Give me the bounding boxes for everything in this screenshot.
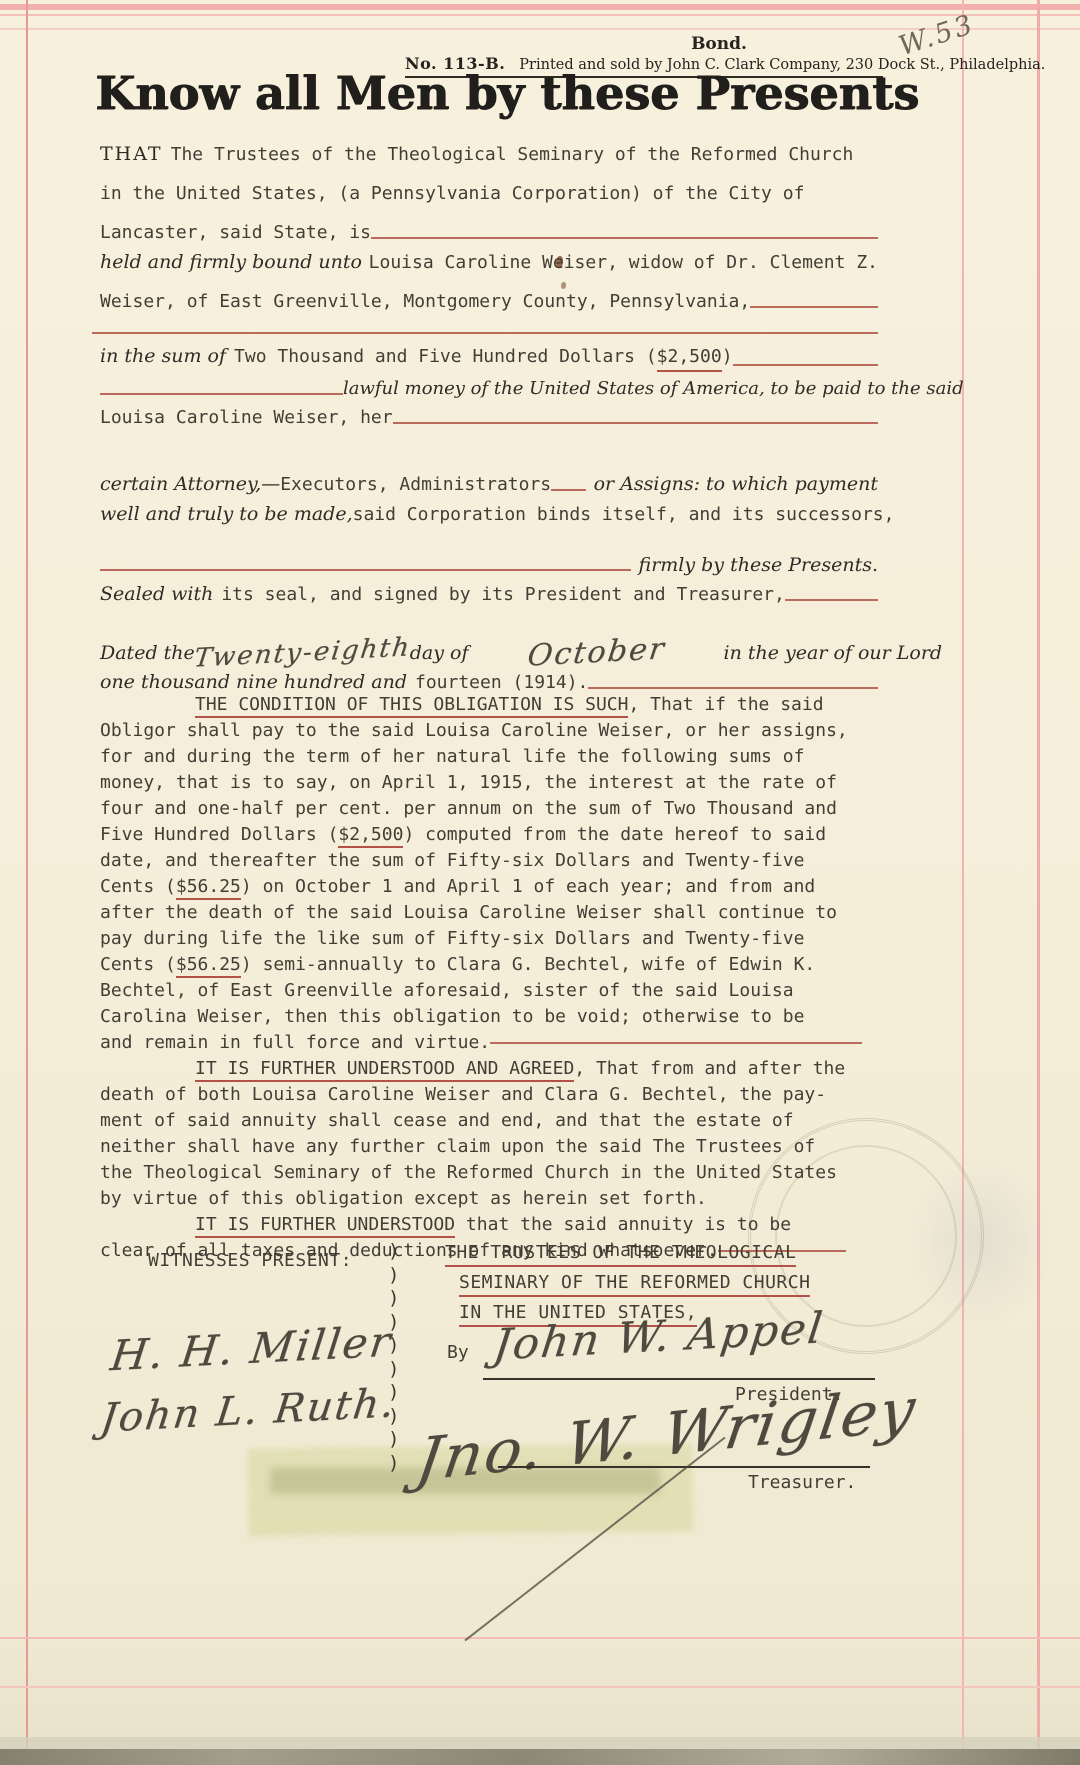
pink-ruled-band-top [0, 4, 1080, 10]
amount-underlined: $56.25 [176, 876, 241, 900]
sealed-label: Sealed with [100, 582, 213, 606]
by-label: By [447, 1342, 469, 1363]
company-line-1: THE TRUSTEES OF THE THEOLOGICAL [445, 1242, 796, 1267]
sum-label: in the sum of [100, 344, 226, 368]
dated-label: Dated the [100, 641, 195, 665]
pink-ruled-line-top2 [0, 14, 1080, 16]
witnesses-present-label: WITNESSES PRESENT: [148, 1250, 352, 1271]
witness1-signature: H. H. Miller [108, 1317, 395, 1381]
fill-rule [100, 569, 631, 571]
amount-underlined: $2,500 [338, 824, 403, 848]
condition-lead: THE CONDITION OF THIS OBLIGATION IS SUCH [195, 694, 628, 718]
obligee-address: Weiser, of East Greenville, Montgomery C… [100, 290, 750, 314]
condition-paragraph-2: IT IS FURTHER UNDERSTOOD AND AGREED, Tha… [100, 1056, 900, 1212]
fill-rule [733, 364, 878, 366]
truly-made-label: well and truly to be made, [100, 502, 353, 526]
red-separator-rule [92, 332, 878, 334]
binds-typed: said Corporation binds itself, and its s… [353, 503, 895, 527]
condition-section: THE CONDITION OF THIS OBLIGATION IS SUCH… [100, 692, 900, 1264]
fill-rule [551, 489, 585, 491]
obligee-name: Louisa Caroline Weiser, widow of Dr. Cle… [369, 251, 878, 275]
red-margin-line-left [26, 0, 28, 1765]
further-understood-lead: IT IS FURTHER UNDERSTOOD [195, 1214, 455, 1238]
fill-rule [588, 687, 878, 689]
year-of-lord-label: in the year of our Lord [724, 641, 943, 665]
attorney-typed: Executors, Administrators [280, 473, 551, 497]
assigns-label: or Assigns: to which payment [594, 472, 878, 496]
witness2-signature: John L. Ruth. [98, 1380, 399, 1441]
signature-section: WITNESSES PRESENT: ) ) ) ) ) ) ) ) ) ) T… [100, 1238, 1000, 1758]
payee-name: Louisa Caroline Weiser, her [100, 406, 393, 430]
fill-rule [750, 306, 878, 308]
handwritten-month: October [466, 634, 726, 671]
firmly-label: firmly by these Presents. [639, 553, 878, 577]
further-agreed-lead: IT IS FURTHER UNDERSTOOD AND AGREED [195, 1058, 574, 1082]
bond-document-page: W.53 Bond. No. 113-B.Printed and sold by… [0, 0, 1080, 1765]
pink-ruled-line-right2 [1037, 0, 1040, 1765]
obligor-line2: in the United States, (a Pennsylvania Co… [100, 182, 804, 206]
document-title: Know all Men by these Presents [95, 66, 885, 120]
lawful-money-label: lawful money of the United States of Ame… [343, 377, 964, 401]
fill-rule [100, 393, 343, 395]
sum-amount: $2,500 [657, 345, 722, 372]
treasurer-title: Treasurer. [748, 1472, 856, 1493]
obligor-line3: Lancaster, said State, is [100, 221, 371, 245]
sum-text-close: ) [722, 345, 733, 369]
fill-rule [371, 237, 878, 239]
company-line-2: SEMINARY OF THE REFORMED CHURCH [459, 1272, 810, 1297]
obligor-line1: The Trustees of the Theological Seminary… [171, 143, 854, 167]
fill-rule [393, 422, 878, 424]
pencil-file-note: W.53 [895, 9, 979, 63]
attorney-label: certain Attorney,— [100, 472, 280, 496]
bound-unto-label: held and firmly bound unto [100, 250, 362, 274]
president-signature-line [483, 1378, 875, 1380]
fill-rule [490, 1040, 862, 1044]
year-written-label: one thousand nine hundred and [100, 670, 407, 694]
that-label: THAT [100, 142, 163, 166]
day-of-label: day of [410, 641, 469, 665]
sum-text: Two Thousand and Five Hundred Dollars ( [234, 345, 657, 369]
amount-underlined: $56.25 [176, 954, 241, 978]
fill-rule [785, 599, 878, 601]
bond-label: Bond. [405, 34, 883, 54]
condition-paragraph-1: THE CONDITION OF THIS OBLIGATION IS SUCH… [100, 692, 900, 1056]
sealed-typed: its seal, and signed by its President an… [221, 583, 785, 607]
handwritten-day: Twenty-eighth [192, 635, 412, 670]
obligation-section: THATThe Trustees of the Theological Semi… [100, 142, 878, 695]
